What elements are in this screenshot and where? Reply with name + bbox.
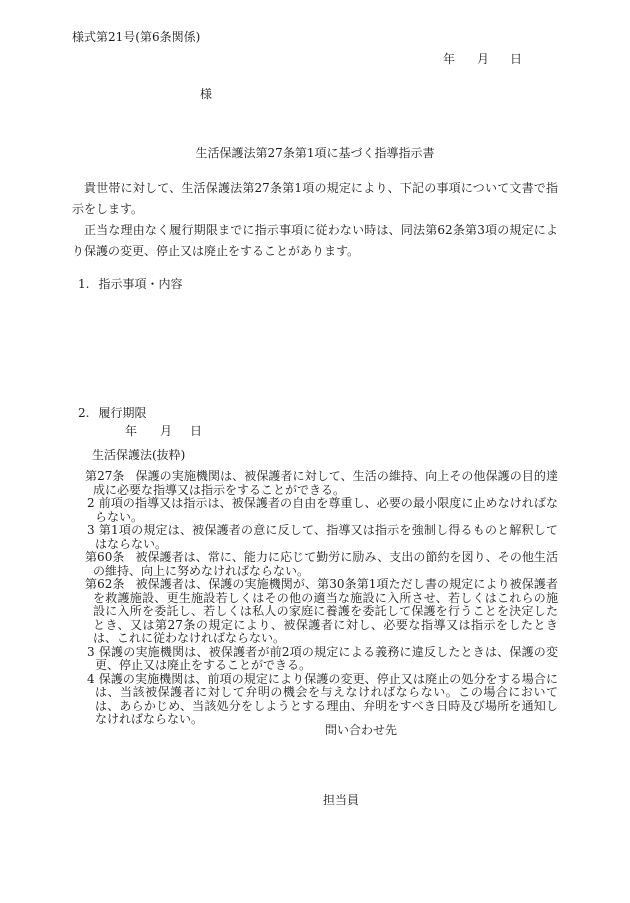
law-article-60-text: 被保護者は、常に、能力に応じて勤労に励み、支出の節約を図り、その他生活の維持、向… — [93, 550, 558, 578]
law-article-27-item-2: 2前項の指導又は指示は、被保護者の自由を尊重し、必要の最小限度に止めなければなら… — [87, 497, 558, 524]
staff-label: 担当員 — [323, 792, 359, 809]
deadline-month-label: 月 — [160, 424, 172, 438]
law-article-27-label: 第27条 — [85, 469, 125, 483]
issue-date-day-label: 日 — [510, 52, 522, 66]
law-article-62-item-3-text: 保護の実施機関は、被保護者が前2項の規定による義務に違反したときは、保護の変更、… — [95, 645, 558, 673]
law-article-60-label: 第60条 — [85, 550, 124, 564]
law-article-62: 第62条被保護者は、保護の実施機関が、第30条第1項ただし書の規定により被保護者… — [85, 578, 558, 646]
law-article-27-item-3-label: 3 — [87, 523, 95, 537]
law-article-27-item-3: 3第1項の規定は、被保護者の意に反して、指導又は指示を強制し得るものと解釈しては… — [87, 524, 558, 551]
deadline-date-line: 年月日 — [125, 423, 202, 440]
law-article-27-text: 保護の実施機関は、被保護者に対して、生活の維持、向上その他保護の目的達成に必要な… — [93, 469, 558, 497]
section-2-number: 2. — [78, 406, 89, 420]
document-title: 生活保護法第27条第1項に基づく指導指示書 — [72, 145, 558, 162]
intro-paragraph: 貴世帯に対して、生活保護法第27条第1項の規定により、下記の事項について文書で指… — [72, 178, 558, 220]
section-1-label: 指示事項・内容 — [98, 277, 182, 291]
law-article-62-label: 第62条 — [85, 577, 125, 591]
deadline-day-label: 日 — [190, 424, 202, 438]
section-2-label: 履行期限 — [98, 406, 146, 420]
law-article-62-item-4: 4保護の実施機関は、前項の規定により保護の変更、停止又は廃止の処分をする場合には… — [87, 673, 558, 727]
section-1-heading: 1.指示事項・内容 — [78, 276, 182, 293]
law-article-27-item-2-label: 2 — [87, 496, 95, 510]
section-2-heading: 2.履行期限 — [78, 405, 146, 422]
law-article-62-item-4-label: 4 — [87, 672, 95, 686]
law-article-60: 第60条被保護者は、常に、能力に応じて勤労に励み、支出の節約を図り、その他生活の… — [85, 551, 558, 578]
deadline-year-label: 年 — [125, 424, 137, 438]
law-excerpt-heading: 生活保護法(抜粋) — [92, 447, 185, 464]
intro-paragraphs: 貴世帯に対して、生活保護法第27条第1項の規定により、下記の事項について文書で指… — [72, 178, 558, 262]
addressee-line: 様 — [200, 86, 212, 103]
warning-paragraph: 正当な理由なく履行期限までに指示事項に従わない時は、同法第62条第3項の規定によ… — [72, 220, 558, 262]
law-article-62-item-3-label: 3 — [87, 645, 95, 659]
law-article-62-item-3: 3保護の実施機関は、被保護者が前2項の規定による義務に違反したときは、保護の変更… — [87, 646, 558, 673]
law-excerpt-body: 第27条保護の実施機関は、被保護者に対して、生活の維持、向上その他保護の目的達成… — [85, 470, 558, 727]
issue-date-month-label: 月 — [477, 52, 489, 66]
contact-label: 問い合わせ先 — [325, 722, 397, 739]
section-1-number: 1. — [78, 277, 89, 291]
issue-date-year-label: 年 — [443, 52, 455, 66]
document-page: 様式第21号(第6条関係) 年月日 様 生活保護法第27条第1項に基づく指導指示… — [0, 0, 630, 903]
law-article-27-item-2-text: 前項の指導又は指示は、被保護者の自由を尊重し、必要の最小限度に止めなければならな… — [95, 496, 558, 524]
law-article-27: 第27条保護の実施機関は、被保護者に対して、生活の維持、向上その他保護の目的達成… — [85, 470, 558, 497]
form-number: 様式第21号(第6条関係) — [72, 29, 200, 46]
instruction-content-area — [72, 296, 558, 396]
law-article-62-text: 被保護者は、保護の実施機関が、第30条第1項ただし書の規定により被保護者を救護施… — [93, 577, 558, 645]
issue-date-line: 年月日 — [443, 51, 522, 68]
law-article-27-item-3-text: 第1項の規定は、被保護者の意に反して、指導又は指示を強制し得るものと解釈してはな… — [95, 523, 558, 551]
law-article-62-item-4-text: 保護の実施機関は、前項の規定により保護の変更、停止又は廃止の処分をする場合には、… — [95, 672, 558, 727]
